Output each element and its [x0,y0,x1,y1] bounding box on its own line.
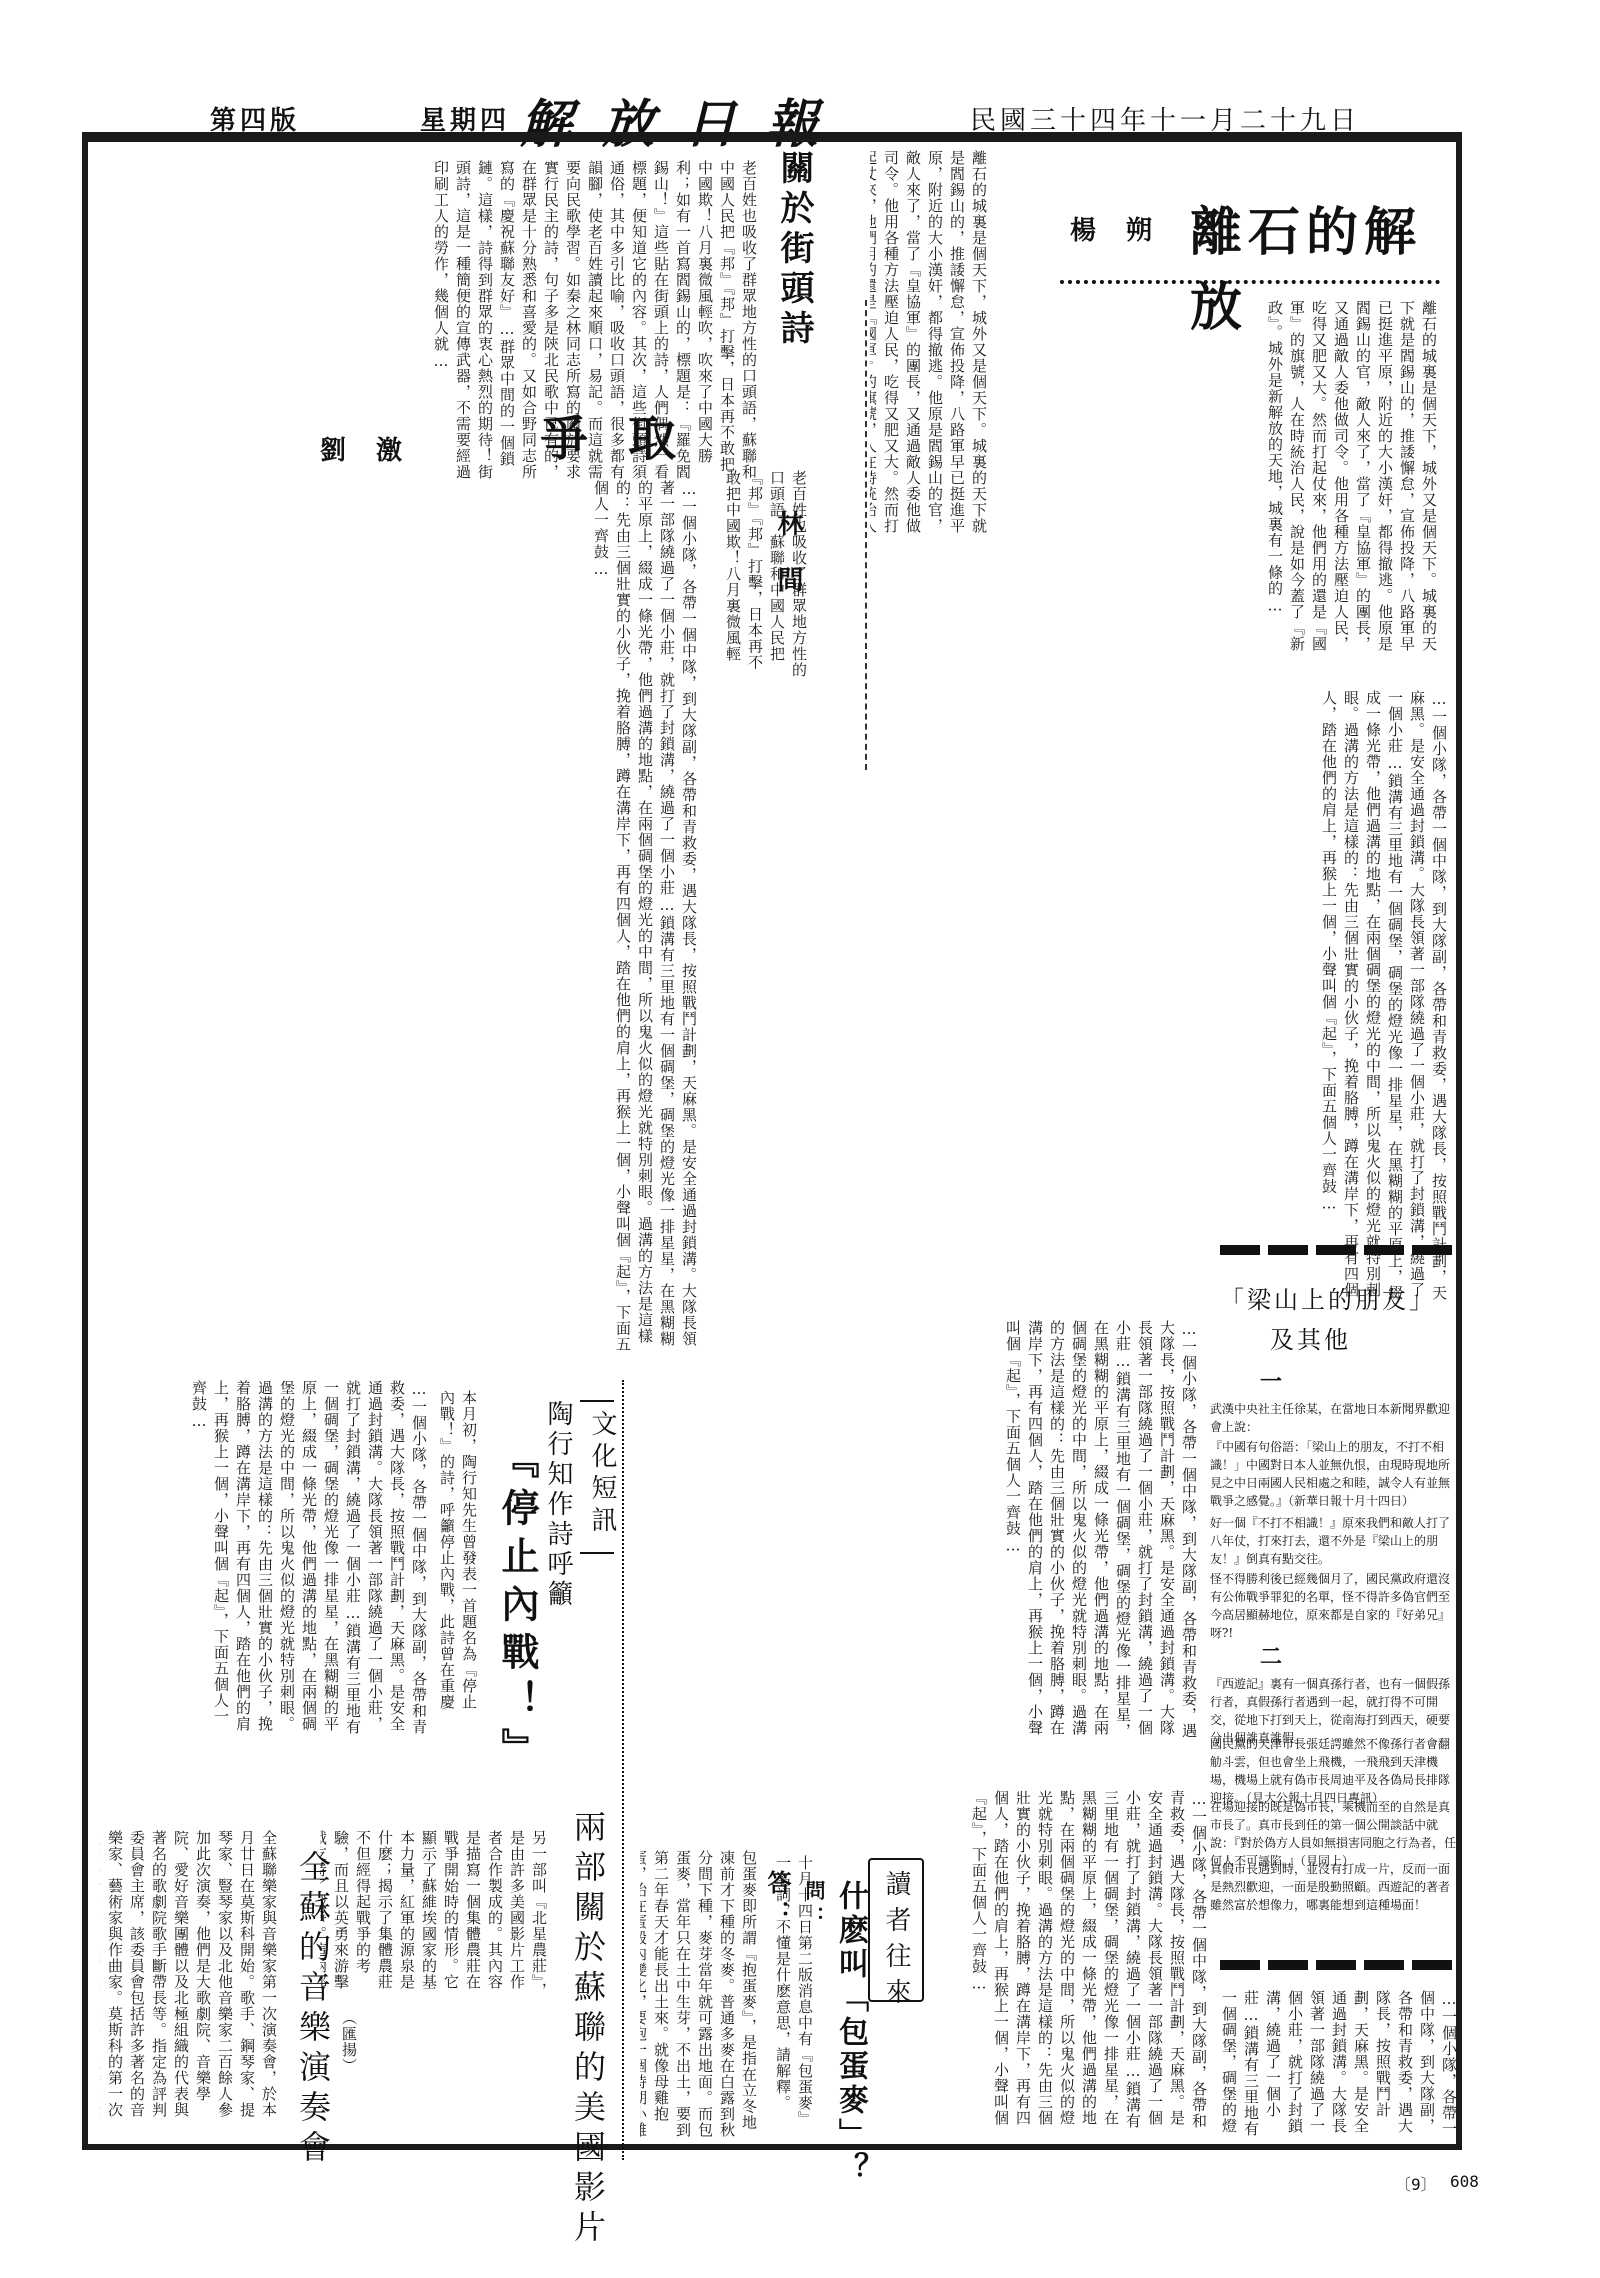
article-struggle-mid: …一個小隊，各帶一個中隊，到大隊副，各帶和青救委，遇大隊長，按照戰鬥計劃，天麻黑… [720,1320,1200,1750]
wavy-divider-bottom [1220,1960,1460,1970]
article-body: 離石的城裏是個天下，城外又是個天下。城裏的天下就是閻錫山的，推諉懈怠，宣佈投降，… [1010,300,1440,660]
page-number: 〔9〕 [1395,2172,1437,2195]
article-title: 「梁山上的朋友」 [1220,1280,1436,1315]
article-subtitle: 及其他 [1270,1320,1351,1355]
article-struggle-continued: …一個小隊，各帶一個中隊，到大隊副，各帶和青救委，遇大隊長，按照戰鬥計劃，天麻黑… [720,690,1450,1310]
article-stone-liberation: 離石的解放 楊朔 離石的城裏是個天下，城外又是個天下。城裏的天下就是閻錫山的，推… [1000,150,1450,670]
divider [1060,280,1440,284]
article-author: 楊朔 [1070,210,1182,247]
section-marker-one: 一 [1260,1365,1288,1396]
soviet-films-body: 另一部叫『北星農莊』，是由許多美國影片工作者合作製成的。其內容是描寫一個集體農莊… [320,1830,550,2000]
section-two-p2: 國民黨的天津市長張廷諤雖然不像孫行者會翻觔斗雲，但也會坐上飛機，一飛飛到天津機場… [1210,1735,1460,1807]
article-struggle-body: …一個小隊，各帶一個中隊，到大隊副，各帶和青救委，遇大隊長，按照戰鬥計劃，天麻黑… [100,480,700,1360]
culture-brief-body: 本月初，陶行知先生曾發表一首題名為『停止內戰！』的詩，呼籲停止內戰，此詩曾在重慶… [440,1390,480,1710]
article-struggle-author: 劉激 [320,430,432,467]
article-struggle-final: …一個小隊，各帶一個中隊，到大隊副，各帶和青救委，遇大隊長，按照戰鬥計劃，天麻黑… [930,1790,1210,2140]
reader-letters-title: 什麽叫「包蛋麥」？ [828,1880,872,2186]
culture-brief-label: 文化短訊 [584,1410,621,1538]
article-struggle-tail: …一個小隊，各帶一個中隊，到大隊副，各帶和青救委，遇大隊長，按照戰鬥計劃，天麻黑… [1220,1990,1460,2140]
article-struggle-title: 爭取 [540,400,716,469]
section-one-p4: 怪不得勝利後已經幾個月了，國民黨政府還沒有公佈戰爭罪犯的名單，怪不得許多偽官們至… [1210,1570,1460,1642]
article-stone-liberation-continued: 離石的城裏是個天下，城外又是個天下。城裏的天下就是閻錫山的，推諉懈怠，宣佈投降，… [870,150,990,540]
section-one-p1: 武漢中央社主任徐某，在當地日本新聞界歡迎會上說： [1210,1400,1460,1436]
archive-number: 608 [1450,2172,1479,2191]
soviet-films-title: 兩部關於蘇聯的美國影片 [565,1810,611,2250]
soviet-music-title: 全蘇的音樂演奏會 [290,1850,336,2170]
section-one-p3: 好一個『不打不相識！』原來我們和敵人打了八年仗，打來打去，還不外是『梁山上的朋友… [1210,1514,1460,1568]
answer-label: 答： [760,1870,795,1930]
reader-letters-label: 讀者往來 [878,1870,915,2014]
article-street-poetry-title: 關於街頭詩 [770,150,819,350]
article-street-poetry-author: 林間 [770,510,807,622]
culture-brief-headline: 陶行知作詩呼籲 [540,1400,577,1610]
column-divider [622,1380,624,2160]
culture-brief-title: 『停止內戰！』 [490,1440,545,1776]
section-marker-two: 二 [1260,1640,1288,1671]
section-one-p2: 『中國有句俗語：「梁山上的朋友，不打不相識！」中國對日本人並無仇恨，由現時現地所… [1210,1438,1460,1510]
soviet-music-body: 全蘇聯樂家與音樂家第一次演奏會，於本月廿日在莫斯科開始。歌手、鋼琴家、提琴家、豎… [100,1830,280,2130]
article-liangshan: 「梁山上的朋友」 及其他 一 武漢中央社主任徐某，在當地日本新聞界歡迎會上說： … [1200,1270,1460,1870]
section-two-p4: 真假市長遇到時，並沒有打成一片，反而一面是熱烈歡迎，一面是殷勤照顧。西遊記的著者… [1210,1860,1460,1914]
wavy-divider [1220,1245,1460,1255]
article-struggle-left-tail: …一個小隊，各帶一個中隊，到大隊副，各帶和青救委，遇大隊長，按照戰鬥計劃，天麻黑… [100,1380,430,1740]
answer-text: 包蛋麥即所謂『抱蛋麥』，是指在立冬地凍前才下種的冬麥。普通多麥在白露到秋分間下種… [640,1850,760,2140]
